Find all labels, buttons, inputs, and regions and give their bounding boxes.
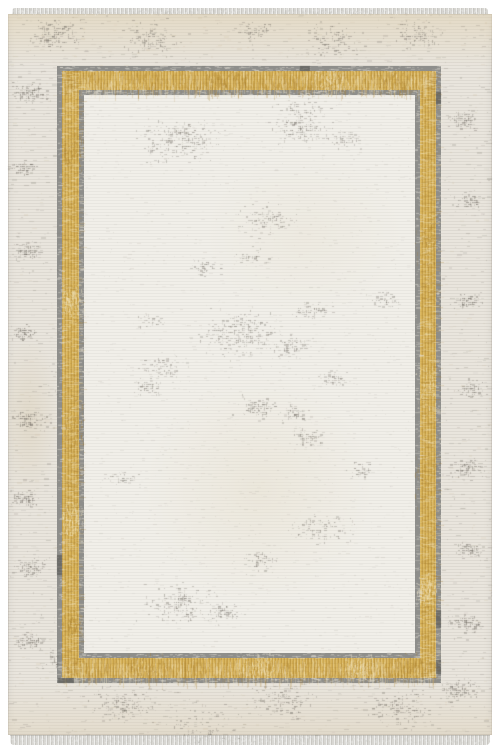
field-warm-patch-top [204,155,404,315]
rug-fringe-bottom [10,735,490,745]
rug-inner-field [84,95,415,653]
outer-margin-warm-patch-left [8,334,60,504]
outer-margin-beige-wash-bottom [8,677,492,735]
field-warm-patch-center [144,375,374,605]
rug-body [8,14,492,735]
rug-product-photo [0,0,500,750]
outer-margin-beige-wash-top [8,14,492,72]
